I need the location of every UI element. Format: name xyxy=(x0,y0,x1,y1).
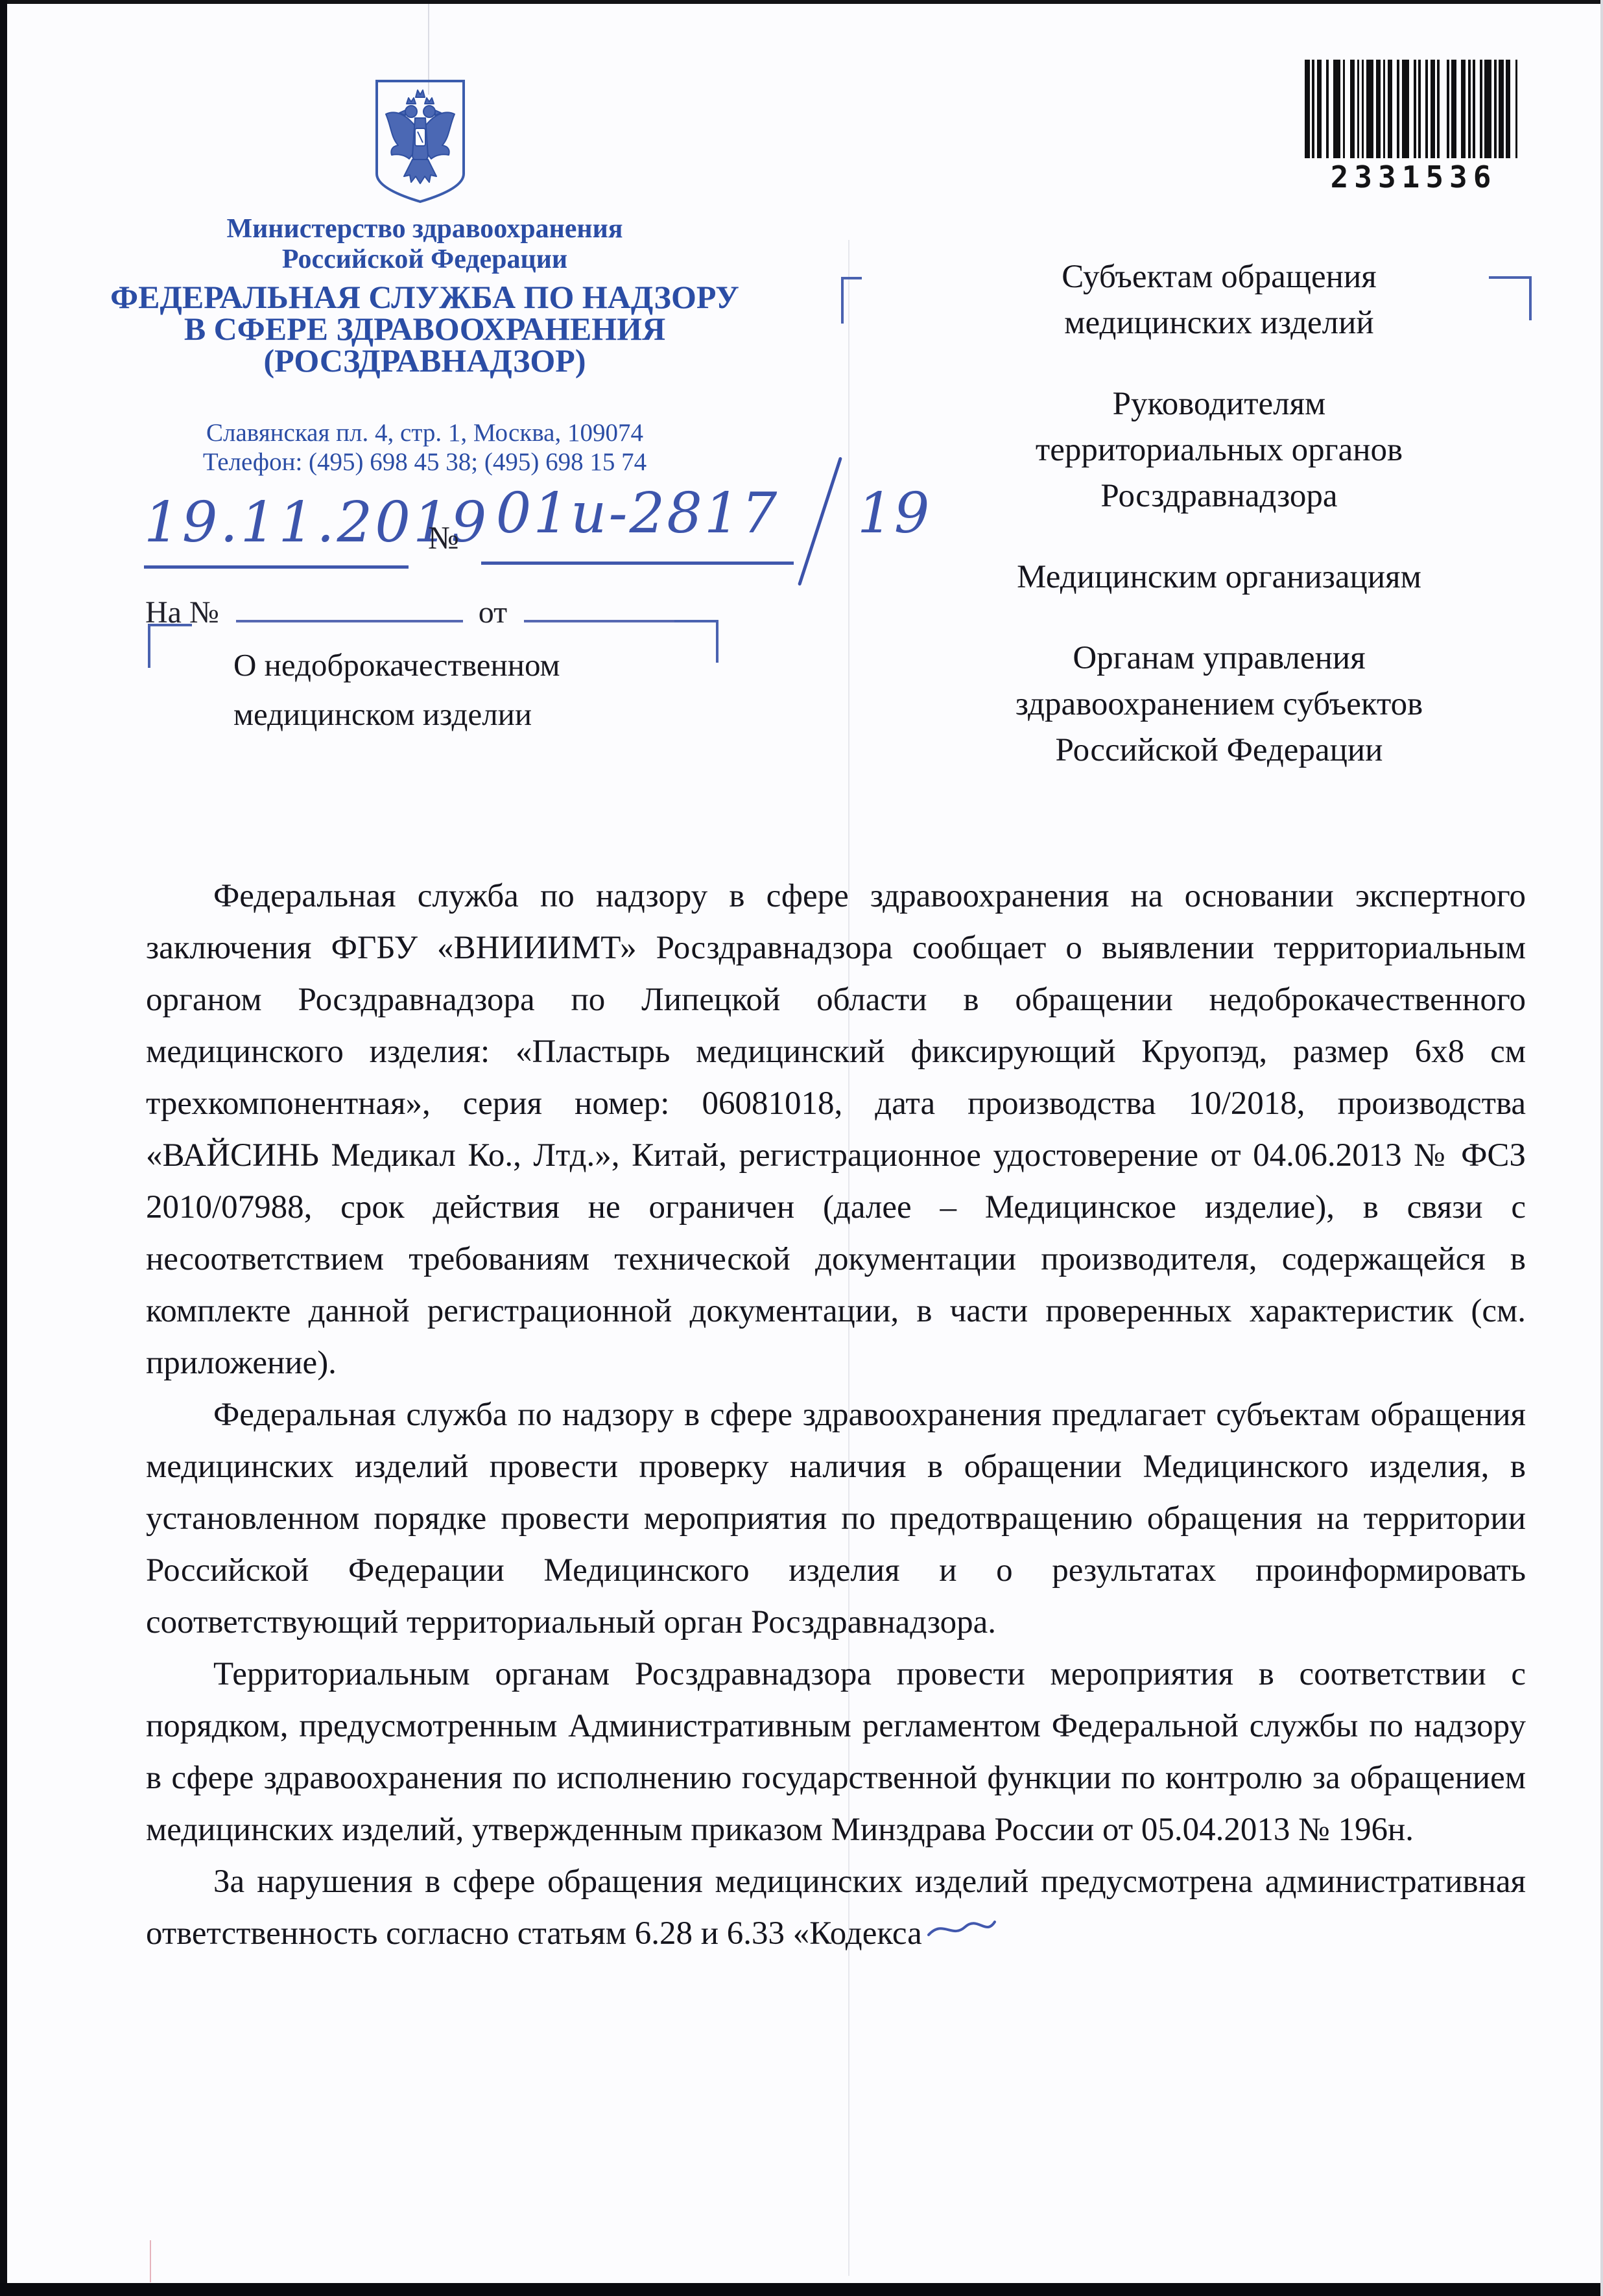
barcode-number: 2331536 xyxy=(1305,160,1523,195)
barcode: 2331536 xyxy=(1305,60,1523,195)
scan-artifact-line xyxy=(150,2240,151,2282)
corner-bracket-subject-right xyxy=(674,620,718,663)
letter-body: Федеральная служба по надзору в сфере зд… xyxy=(146,870,1526,1959)
ministry-name-line2: Российской Федерации xyxy=(84,244,765,275)
scanned-letter-page: Министерство здравоохранения Российской … xyxy=(0,0,1603,2296)
coat-of-arms-icon xyxy=(372,78,468,206)
addressee-item: Органам управления здравоохранением субъ… xyxy=(1002,635,1436,774)
ink-flourish xyxy=(926,1915,997,1948)
addressee-list: Субъектам обращения медицинских изделий … xyxy=(927,254,1511,809)
reply-date-underline xyxy=(524,594,689,622)
reply-number-underline xyxy=(236,594,463,622)
subject-line-2: медицинском изделии xyxy=(233,690,560,739)
org-address: Славянская пл. 4, стр. 1, Москва, 109074 xyxy=(84,418,765,447)
scan-edge-right xyxy=(1600,0,1603,2296)
body-paragraph-text: Территориальным органам Росздравнадзора … xyxy=(146,1656,1526,1848)
body-paragraph-text: За нарушения в сфере обращения медицинск… xyxy=(146,1864,1526,1952)
service-name-line2: В СФЕРЕ ЗДРАВООХРАНЕНИЯ xyxy=(84,313,765,345)
body-paragraph: Федеральная служба по надзору в сфере зд… xyxy=(146,870,1526,1389)
reply-reference-row: На №от xyxy=(145,594,689,630)
body-paragraph-text: Федеральная служба по надзору в сфере зд… xyxy=(146,878,1526,1381)
org-phone: Телефон: (495) 698 45 38; (495) 698 15 7… xyxy=(84,447,765,477)
corner-bracket-subject-left xyxy=(148,624,192,668)
body-paragraph: Территориальным органам Росздравнадзора … xyxy=(146,1648,1526,1856)
ref-date-handwritten: 19.11.2019 xyxy=(144,491,409,569)
ref-number-sign: № xyxy=(428,519,459,556)
scan-edge-left xyxy=(0,0,7,2296)
body-paragraph-text: Федеральная служба по надзору в сфере зд… xyxy=(146,1397,1526,1640)
addressee-item: Руководителям территориальных органов Ро… xyxy=(1012,381,1427,519)
subject-line-1: О недоброкачественном xyxy=(233,641,560,690)
addressee-item: Медицинским организациям xyxy=(927,554,1511,600)
scan-edge-top xyxy=(0,0,1603,4)
service-name-line1: ФЕДЕРАЛЬНАЯ СЛУЖБА ПО НАДЗОРУ xyxy=(84,281,765,313)
ref-number-suffix-handwritten: 19 xyxy=(857,481,931,546)
letterhead: Министерство здравоохранения Российской … xyxy=(84,214,765,477)
addressee-item: Субъектам обращения медицинских изделий xyxy=(1038,254,1401,346)
barcode-bars xyxy=(1305,60,1523,158)
ref-number-handwritten: 01и-2817 xyxy=(481,481,794,565)
ministry-name-line1: Министерство здравоохранения xyxy=(84,214,765,244)
scan-edge-bottom xyxy=(0,2283,1603,2296)
ref-slash-mark xyxy=(798,456,842,586)
body-paragraph: За нарушения в сфере обращения медицинск… xyxy=(146,1856,1526,1959)
reply-from-label: от xyxy=(479,595,507,630)
body-paragraph: Федеральная служба по надзору в сфере зд… xyxy=(146,1389,1526,1648)
corner-bracket-addressee-left xyxy=(841,277,862,324)
subject-block: О недоброкачественном медицинском издели… xyxy=(233,641,560,739)
service-name-line3: (РОСЗДРАВНАДЗОР) xyxy=(84,345,765,377)
